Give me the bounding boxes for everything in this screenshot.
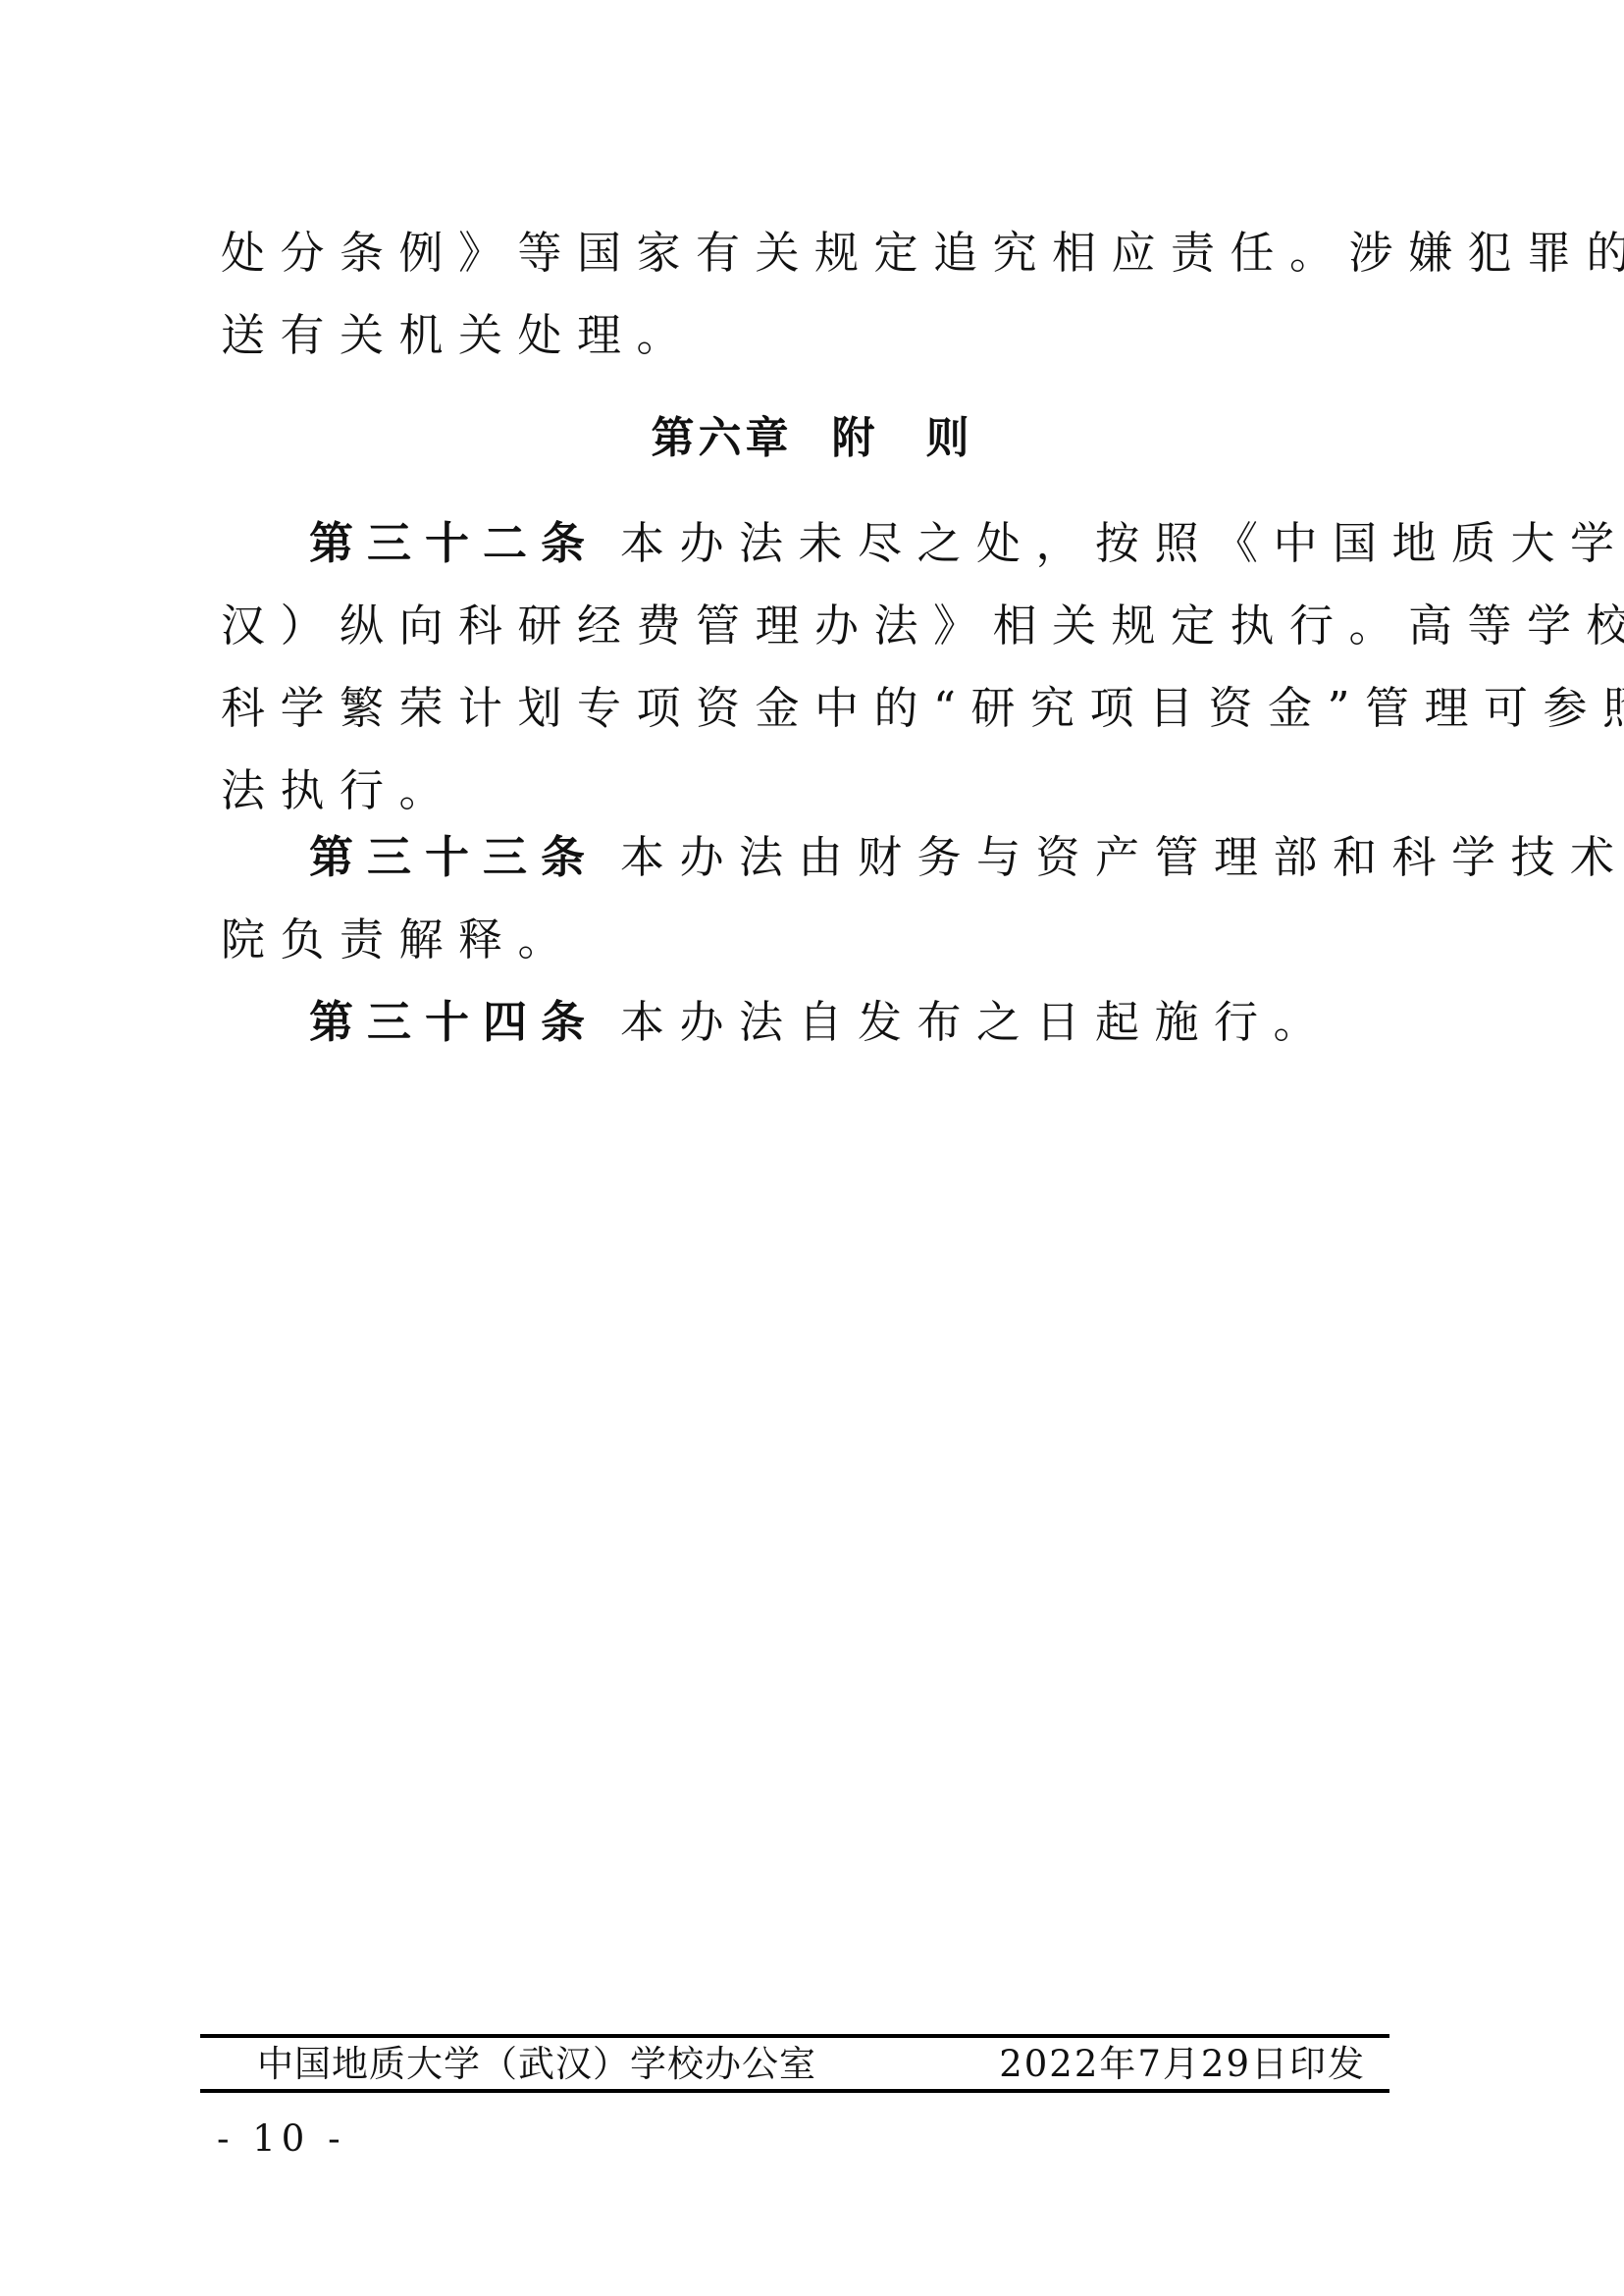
- page-number: - 10 -: [217, 2117, 346, 2160]
- chapter-number: 第六章: [652, 413, 793, 463]
- article-number: 第三十三条: [309, 831, 599, 883]
- issue-date: 2022年7月29日印发: [999, 2041, 1366, 2088]
- article-text: 本办法自发布之日起施行。: [620, 996, 1333, 1048]
- body-text-line: 院负责解释。: [221, 899, 1420, 981]
- article-number: 第三十四条: [309, 996, 599, 1048]
- body-text-line: 汉）纵向科研经费管理办法》相关规定执行。高等学校哲学社会: [221, 585, 1420, 667]
- body-text-line: 处分条例》等国家有关规定追究相应责任。涉嫌犯罪的，依法移: [221, 212, 1420, 294]
- body-text-line: 科学繁荣计划专项资金中的“研究项目资金”管理可参照本办: [221, 667, 1420, 750]
- footer-top-rule: [200, 2034, 1389, 2038]
- article-text: 本办法由财务与资产管理部和科学技术发展: [620, 831, 1624, 883]
- document-page: 处分条例》等国家有关规定追究相应责任。涉嫌犯罪的，依法移 送有关机关处理。 第六…: [0, 0, 1624, 2296]
- footer-imprint: 中国地质大学（武汉）学校办公室 2022年7月29日印发: [200, 2041, 1389, 2088]
- issuer: 中国地质大学（武汉）学校办公室: [257, 2041, 816, 2088]
- chapter-heading: 第六章附 则: [0, 397, 1624, 480]
- body-text-line: 送有关机关处理。: [221, 294, 1420, 377]
- article-text: 本办法未尽之处，按照《中国地质大学（武: [620, 517, 1624, 569]
- article-34-line: 第三十四条本办法自发布之日起施行。: [309, 981, 1420, 1064]
- footer-bottom-rule: [200, 2089, 1389, 2093]
- article-number: 第三十二条: [309, 517, 599, 569]
- article-32-line: 第三十二条本办法未尽之处，按照《中国地质大学（武: [309, 502, 1420, 585]
- chapter-title: 附 则: [832, 413, 973, 463]
- article-33-line: 第三十三条本办法由财务与资产管理部和科学技术发展: [309, 816, 1420, 899]
